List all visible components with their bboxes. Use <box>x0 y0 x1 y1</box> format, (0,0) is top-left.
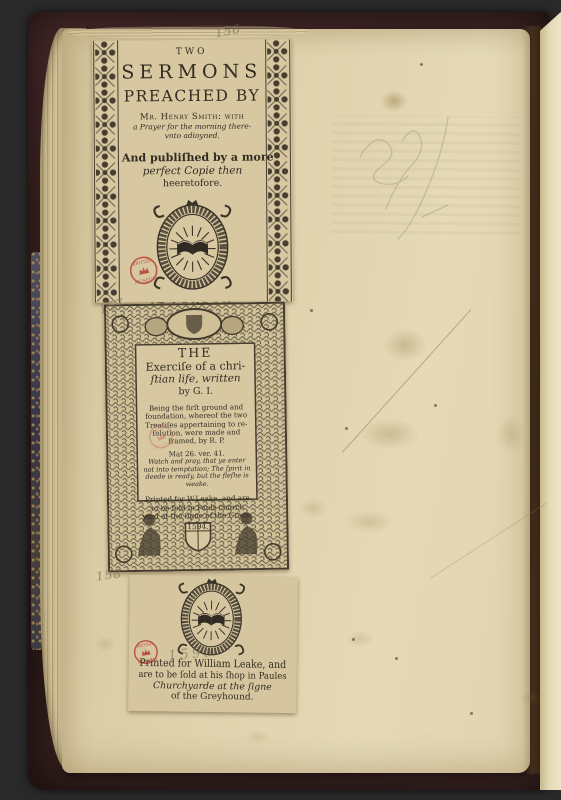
stain <box>520 690 542 706</box>
book-gutter-shadow <box>522 26 542 774</box>
title-line: TWO <box>121 40 262 58</box>
imprint-year: 1594. <box>139 521 256 532</box>
title-line: SERMONS <box>121 61 262 84</box>
title-line: perfect Copie then <box>122 165 263 178</box>
photo-of-open-book: TWO SERMONS PREACHED BY Mr. Henry Smith:… <box>0 0 561 800</box>
stain <box>497 414 525 454</box>
title-line: a Prayer for the morning there- <box>122 122 263 132</box>
printer-device-icon <box>149 199 236 296</box>
speck <box>395 657 398 660</box>
speck <box>352 638 355 641</box>
ornament-border-icon <box>264 39 293 301</box>
facing-page-edge <box>540 4 561 790</box>
speck <box>420 63 423 66</box>
stain <box>298 498 328 518</box>
title-line: by G. I. <box>137 385 254 398</box>
stain <box>246 730 270 744</box>
title-line: vnto adioyned. <box>122 131 263 141</box>
title-line: PREACHED BY <box>121 87 262 106</box>
faint-pencil-handwriting <box>330 95 480 270</box>
speck <box>470 712 473 715</box>
clipping-two-sermons-titlepage: TWO SERMONS PREACHED BY Mr. Henry Smith:… <box>92 39 293 302</box>
stain <box>383 328 427 362</box>
ornament-border-icon <box>92 41 121 303</box>
title-line: heeretofore. <box>122 178 263 190</box>
stain <box>344 510 394 534</box>
stain <box>94 636 116 652</box>
title-line: And publiſhed by a more <box>122 151 263 165</box>
title-line: ſtian life, written <box>137 372 254 386</box>
british-museum-stamp-icon <box>126 252 162 288</box>
speck <box>310 309 313 312</box>
speck <box>434 404 437 407</box>
stain <box>346 630 374 648</box>
clipping-exercise-titlepage: THE Exerciſe of a chri- ſtian life, writ… <box>104 302 289 573</box>
imprint-line: are to be ſold at his ſhop in Paules <box>134 669 290 682</box>
speck <box>345 427 348 430</box>
